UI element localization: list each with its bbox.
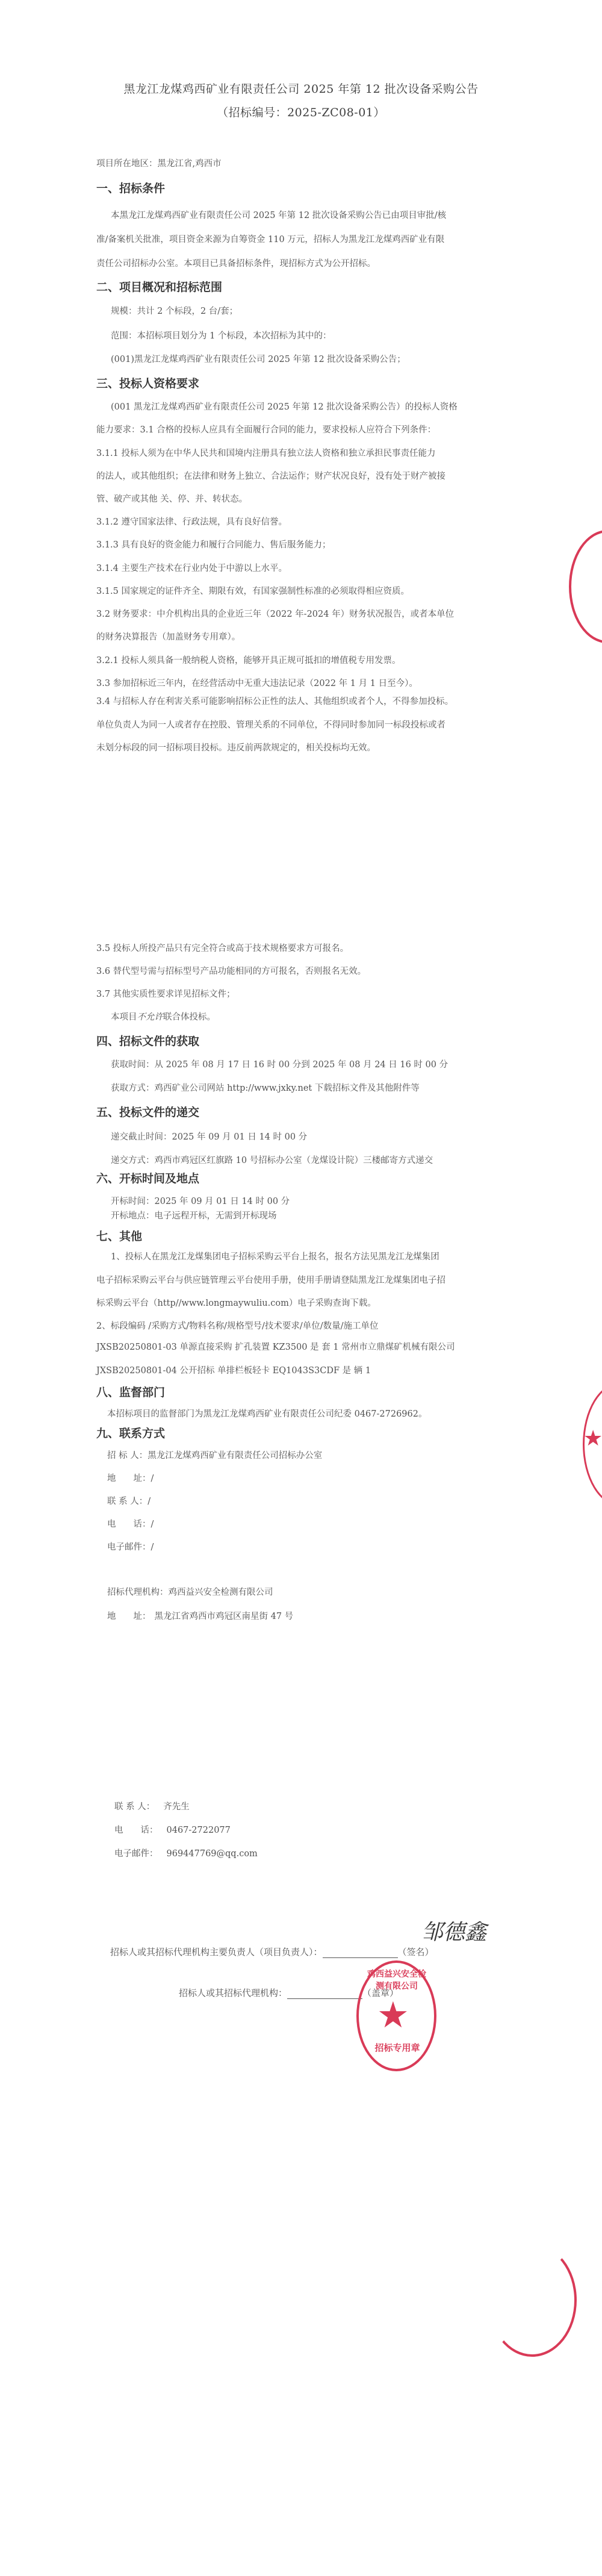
other-line: 1、投标人在黑龙江龙煤集团电子招标采购云平台上报名，报名方法见黑龙江龙煤集团 — [111, 1250, 439, 1262]
responsible-person-line: 招标人或其招标代理机构主要负责人（项目负责人）：（签名） — [110, 1945, 434, 1958]
partial-seal-edge — [488, 2244, 577, 2357]
star-icon: ★ — [583, 1426, 602, 1451]
section-heading-6: 六、开标时间及地点 — [96, 1170, 199, 1186]
qualification-line: 3.1.3 具有良好的资金能力和履行合同能力、售后服务能力； — [96, 538, 331, 550]
consortium-note: 本项目不允许联合体投标。 — [111, 1010, 216, 1023]
lot-item-row: JXSB20250801-03 单源直接采购 扩孔装置 KZ3500 是 套 1… — [96, 1340, 455, 1353]
tenderer-email-row: 电子邮件：/ — [107, 1540, 154, 1553]
qualification-line: 3.1.4 主要生产技术在行业内处于中游以上水平。 — [96, 561, 287, 574]
supervision-text: 本招标项目的监督部门为黑龙江龙煤鸡西矿业有限责任公司纪委 0467-272696… — [107, 1407, 427, 1420]
star-icon: ★ — [377, 1994, 409, 2036]
signature-line — [323, 1949, 398, 1958]
qualification-line: 3.3 参加招标近三年内，在经营活动中无重大违法记录（2022 年 1 月 1 … — [96, 676, 418, 689]
qualification-line: 能力要求：3.1 合格的投标人应具有全面履行合同的能力，要求投标人应符合下列条件… — [96, 423, 436, 435]
section-heading-5: 五、投标文件的递交 — [96, 1103, 199, 1120]
qualification-line: 3.2 财务要求：中介机构出具的企业近三年（2022 年-2024 年）财务状况… — [96, 607, 454, 620]
qualification-line: 3.6 替代型号需与招标型号产品功能相同的方可报名，否则报名无效。 — [96, 964, 366, 977]
tenderer-phone-row: 电 话：/ — [107, 1517, 154, 1530]
section-heading-7: 七、其他 — [96, 1227, 142, 1244]
qualification-line: (001 黑龙江龙煤鸡西矿业有限责任公司 2025 年第 12 批次设备采购公告… — [111, 400, 458, 413]
agency-contact-row: 联 系 人：齐先生 — [114, 1800, 190, 1812]
document-title: 黑龙江龙煤鸡西矿业有限责任公司 2025 年第 12 批次设备采购公告 — [0, 80, 602, 96]
other-line: 2、标段编码 /采购方式/物料名称/规格型号/技术要求/单位/数量/施工单位 — [96, 1319, 379, 1332]
tenderer-address-row: 地 址：/ — [107, 1471, 154, 1484]
project-region: 项目所在地区：黑龙江省,鸡西市 — [96, 157, 222, 169]
qualification-line: 3.2.1 投标人须具备一般纳税人资格，能够开具正规可抵扣的增值税专用发票。 — [96, 653, 401, 666]
agency-address-row: 地 址：黑龙江省鸡西市鸡冠区南星街 47 号 — [107, 1609, 293, 1622]
section-heading-4: 四、招标文件的获取 — [96, 1032, 199, 1049]
section-heading-3: 三、投标人资格要求 — [96, 375, 199, 391]
qualification-line: 管、破产或其他 关、停、并、转状态。 — [96, 492, 247, 505]
agency-email-row: 电子邮件：969447769@qq.com — [114, 1847, 258, 1859]
qualification-line: 3.5 投标人所投产品只有完全符合或高于技术规格要求方可报名。 — [96, 941, 349, 954]
seal-line — [287, 1990, 362, 1999]
scope-text: 范围：本招标项目划分为 1 个标段，本次招标为其中的： — [111, 329, 331, 341]
tenderer-name-row: 招 标 人：黑龙江龙煤鸡西矿业有限责任公司招标办公室 — [107, 1449, 322, 1461]
other-line: 标采购云平台（http//www.longmaywuliu.com）电子采购查询… — [96, 1296, 376, 1309]
acquisition-method: 获取方式：鸡西矿业公司网站 http://www.jxky.net 下载招标文件… — [111, 1081, 420, 1094]
section-heading-1: 一、招标条件 — [96, 179, 165, 196]
bid-number: （招标编号：2025-ZC08-01） — [0, 104, 602, 120]
partial-seal-edge: ★ — [583, 1382, 602, 1506]
agency-phone-row: 电 话：0467-2722077 — [114, 1823, 231, 1836]
section-1-line: 本黑龙江龙煤鸡西矿业有限责任公司 2025 年第 12 批次设备采购公告已由项目… — [111, 208, 446, 221]
agency-name-row: 招标代理机构：鸡西益兴安全检测有限公司 — [107, 1585, 273, 1598]
consortium-italic: 不允许 — [137, 1012, 164, 1022]
lot-text: (001)黑龙江龙煤鸡西矿业有限责任公司 2025 年第 12 批次设备采购公告… — [111, 352, 406, 365]
consortium-prefix: 本项目 — [111, 1012, 137, 1022]
qualification-line: 3.4 与招标人存在利害关系可能影响招标公正性的法人、其他组织或者个人，不得参加… — [96, 694, 453, 707]
qualification-line: 单位负责人为同一人或者存在控股、管理关系的不同单位，不得同时参加同一标段投标或者 — [96, 718, 445, 731]
qualification-line: 的法人，或其他组织；在法律和财务上独立、合法运作；财产状况良好，没有处于财产被接 — [96, 469, 445, 482]
other-line: 电子招标采购云平台与供应链管理云平台使用手册，使用手册请登陆黑龙江龙煤集团电子招 — [96, 1273, 445, 1286]
section-heading-8: 八、监督部门 — [96, 1383, 165, 1400]
opening-time: 开标时间：2025 年 09 月 01 日 14 时 00 分 — [111, 1194, 290, 1207]
qualification-line: 3.1.5 国家规定的证件齐全、期限有效，有国家强制性标准的必须取得相应资质。 — [96, 584, 409, 597]
partial-seal-edge — [569, 530, 602, 643]
section-heading-2: 二、项目概况和招标范围 — [96, 278, 222, 295]
scale-text: 规模：共计 2 个标段，2 台/套； — [111, 304, 238, 317]
opening-place: 开标地点：电子远程开标，无需到开标现场 — [111, 1209, 277, 1221]
qualification-line: 3.7 其他实质性要求详见招标文件； — [96, 987, 235, 1000]
seal-top-text: 鸡西益兴安全检测有限公司 — [364, 1968, 430, 1992]
qualification-line: 未划分标段的同一招标项目投标。违反前两款规定的，相关投标均无效。 — [96, 741, 376, 753]
submission-method: 递交方式：鸡西市鸡冠区红旗路 10 号招标办公室（龙煤设计院）三楼邮寄方式递交 — [111, 1153, 433, 1166]
company-seal: ★ 鸡西益兴安全检测有限公司 招标专用章 — [356, 1960, 436, 2071]
acquisition-time: 获取时间：从 2025 年 08 月 17 日 16 时 00 分到 2025 … — [111, 1058, 448, 1070]
lot-item-row: JXSB20250801-04 公开招标 单排栏板轻卡 EQ1043S3CDF … — [96, 1364, 371, 1376]
section-1-line: 责任公司招标办公室。本项目已具备招标条件，现招标方式为公开招标。 — [96, 257, 376, 269]
consortium-suffix: 联合体投标。 — [163, 1012, 216, 1022]
qualification-line: 3.1.1 投标人须为在中华人民共和国境内注册具有独立法人资格和独立承担民事责任… — [96, 446, 436, 459]
seal-bottom-text: 招标专用章 — [367, 2041, 427, 2054]
section-heading-9: 九、联系方式 — [96, 1424, 165, 1441]
qualification-line: 3.1.2 遵守国家法律、行政法规，具有良好信誉。 — [96, 515, 287, 528]
handwritten-signature: 邹德鑫 — [421, 1915, 486, 1946]
section-1-line: 准/备案机关批准，项目资金来源为自筹资金 110 万元，招标人为黑龙江龙煤鸡西矿… — [96, 232, 444, 245]
qualification-line: 的财务决算报告（加盖财务专用章）。 — [96, 630, 240, 643]
tenderer-contact-row: 联 系 人：/ — [107, 1494, 150, 1507]
submission-deadline: 递交截止时间：2025 年 09 月 01 日 14 时 00 分 — [111, 1130, 307, 1143]
